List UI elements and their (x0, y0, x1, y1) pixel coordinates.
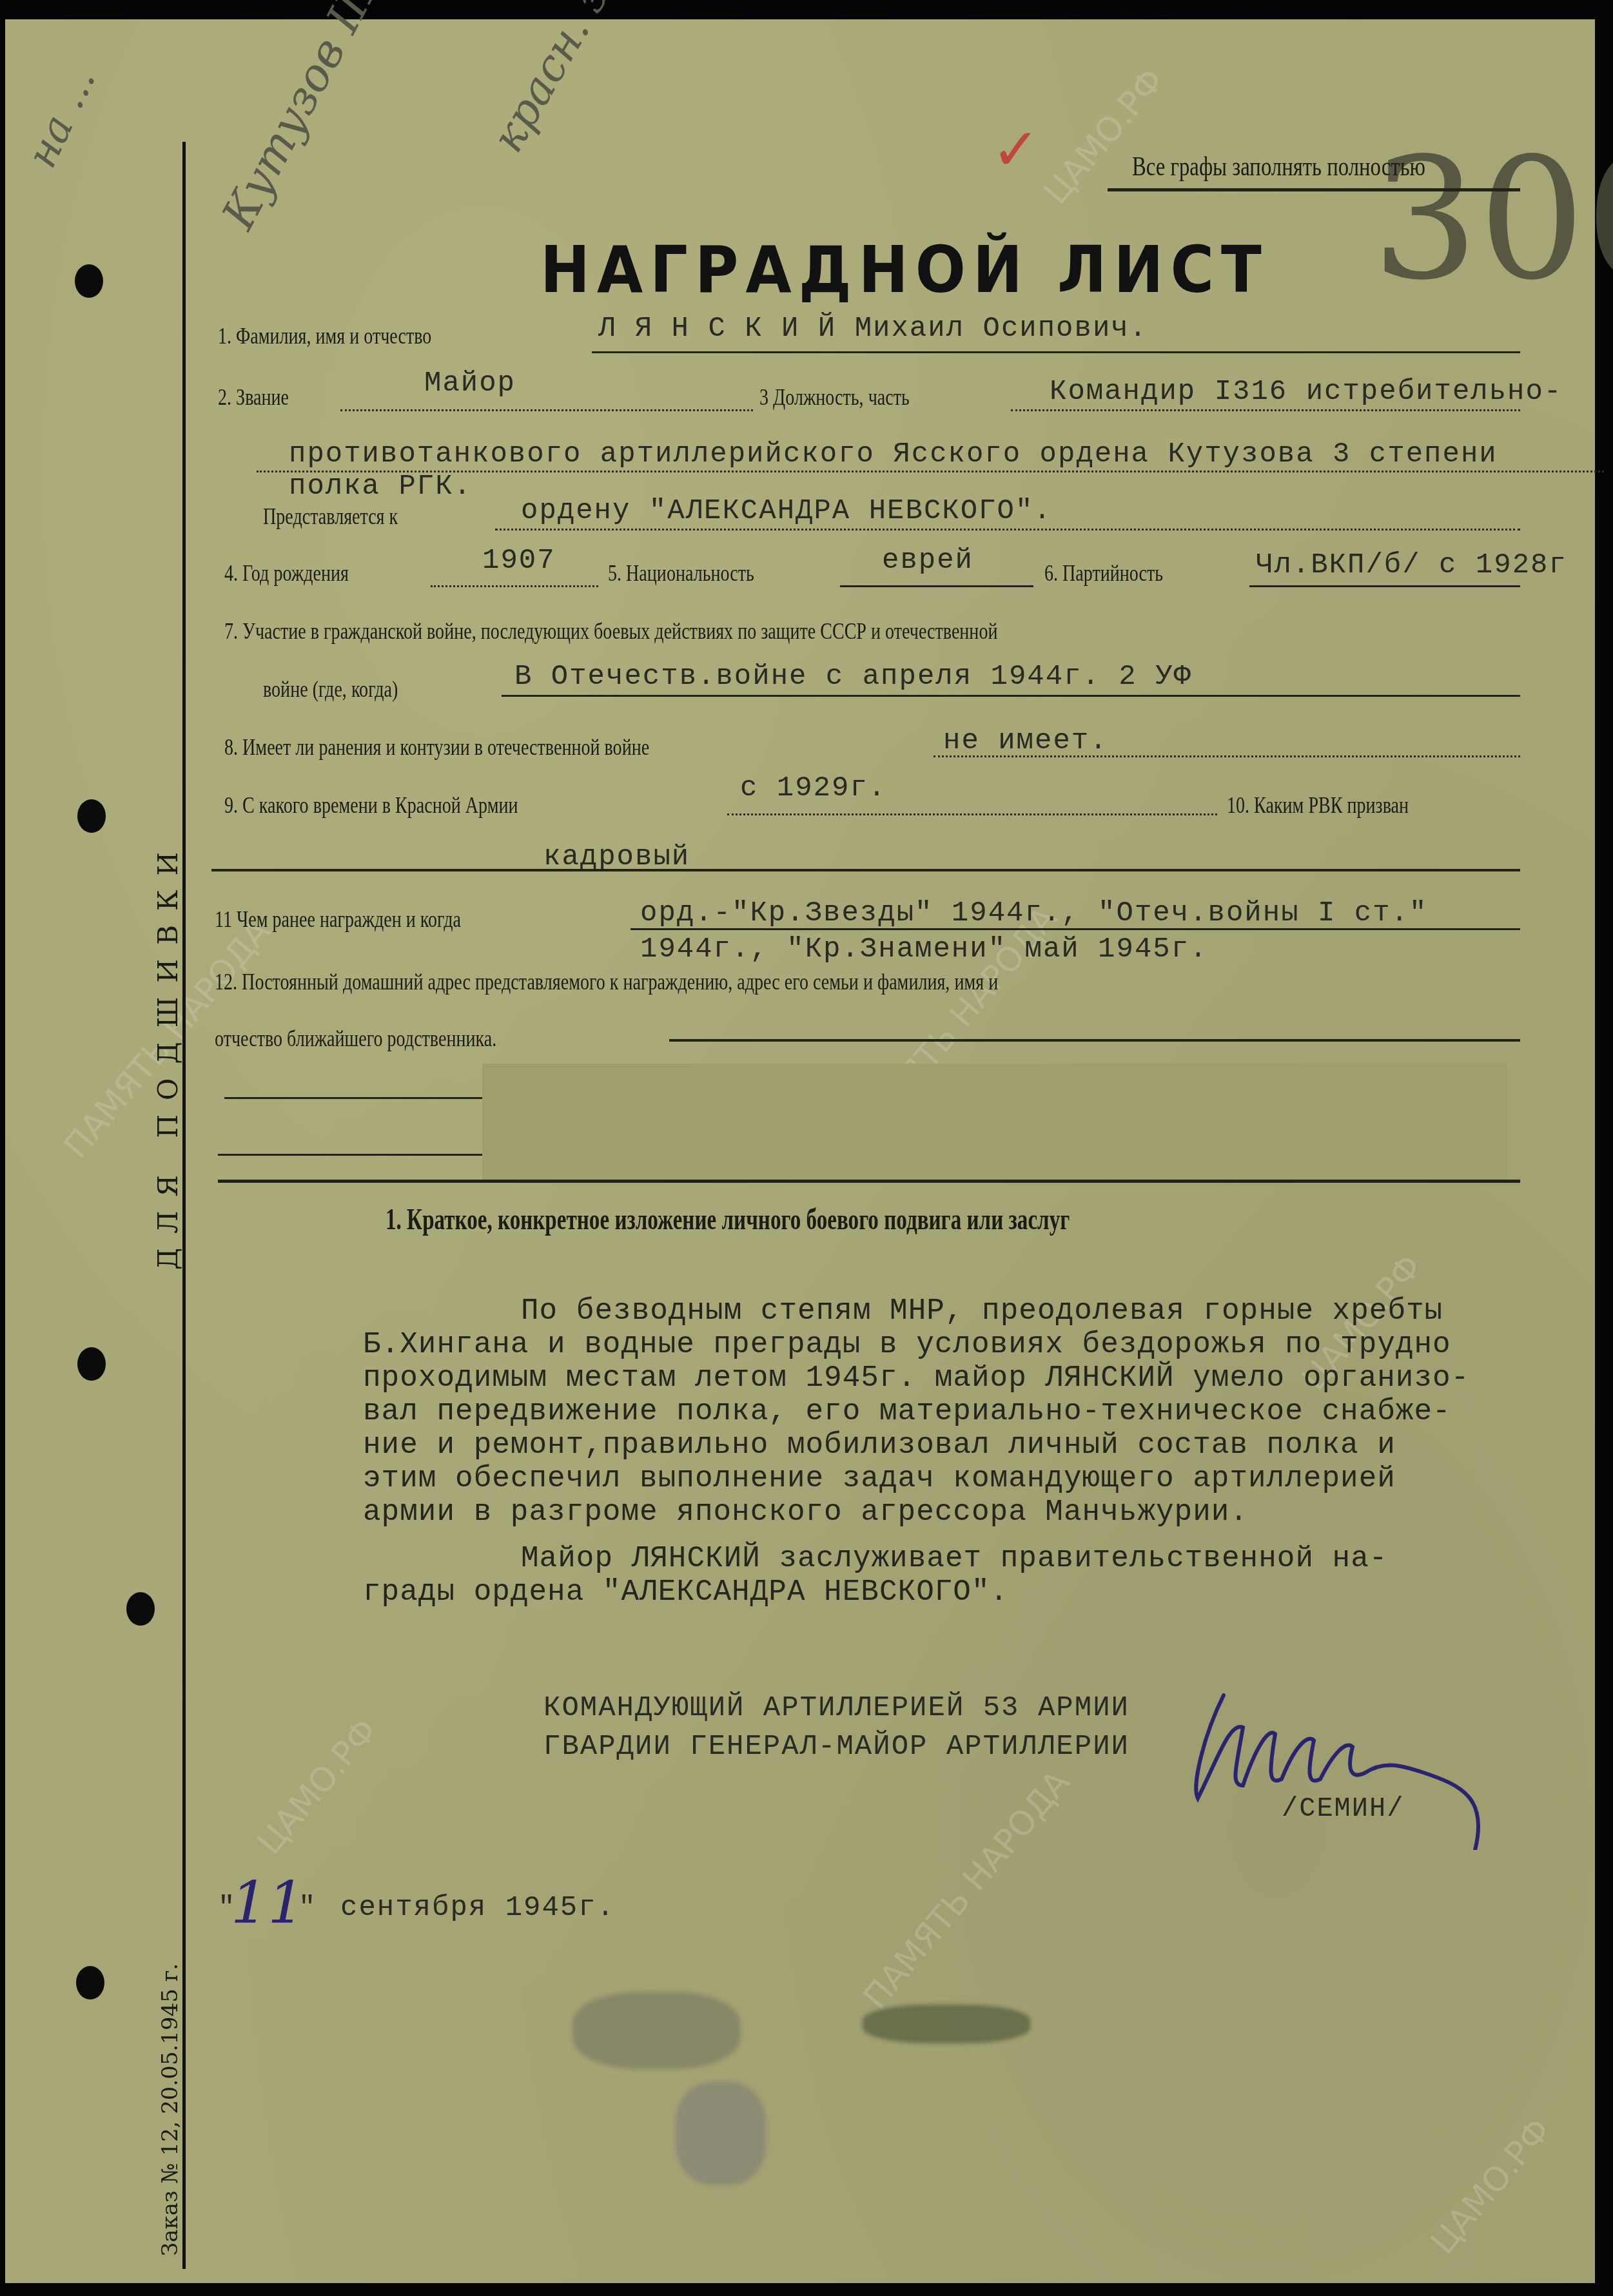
field-7-underline (502, 695, 1520, 697)
handwritten-note-center: Кутузов III ст. (211, 0, 433, 237)
recommendation-line: грады ордена "АЛЕКСАНДРА НЕВСКОГО". (363, 1575, 1008, 1609)
field-9-underline (727, 813, 1217, 815)
signatory-name: /СЕМИН/ (1282, 1793, 1404, 1824)
field-5-label: 5. Национальность (608, 559, 754, 587)
watermark: ЦАМО.РФ (1423, 2111, 1558, 2261)
field-8-label: 8. Имеет ли ранения и контузии в отечест… (224, 734, 649, 761)
field-9-value: с 1929г. (740, 772, 886, 804)
watermark: ПАМЯТЬ НАРОДА (856, 1763, 1077, 2016)
date-month-year: сентября 1945г. (340, 1892, 615, 1924)
field-12-label-line2: отчество ближайшего родственника. (215, 1025, 496, 1052)
recommendation-line: Майор ЛЯНСКИЙ заслуживает правительствен… (521, 1542, 1387, 1575)
field-6-underline (1249, 585, 1520, 587)
section-divider (218, 1180, 1520, 1183)
check-mark-icon: ✓ (992, 116, 1040, 184)
nominated-underline (495, 529, 1520, 530)
fill-instruction: Все графы заполнять полностью (1132, 151, 1425, 182)
field-10-underline (211, 869, 1520, 871)
field-1-underline (592, 351, 1520, 353)
field-2-label: 2. Звание (218, 384, 289, 411)
date-day: 11 (231, 1869, 305, 1937)
address-line-2 (218, 1154, 482, 1156)
award-sheet-page: ЦАМО.РФ ПАМЯТЬ НАРОДА ПАМЯТЬ НАРОДА ЦАМО… (5, 19, 1595, 2283)
field-7-label-line2: войне (где, когда) (263, 676, 398, 703)
field-12-label-line1: 12. Постоянный домашний адрес представля… (215, 968, 998, 995)
field-8-underline (934, 755, 1520, 757)
instruction-underline (1108, 188, 1520, 191)
narrative-line: проходимым местам летом 1945г. майор ЛЯН… (363, 1361, 1469, 1395)
redacted-address-block (482, 1064, 1507, 1183)
field-4-value: 1907 (482, 545, 556, 577)
field-2-value: Майор (424, 367, 516, 400)
field-3-value-line1: Командир I316 истребительно- (1050, 376, 1562, 408)
field-5-underline (840, 585, 1033, 587)
field-6-label: 6. Партийность (1044, 559, 1163, 587)
binding-margin-label: ДЛЯ ПОДШИВКИ (152, 838, 184, 1270)
nominated-value: ордену "АЛЕКСАНДРА НЕВСКОГО". (521, 495, 1052, 527)
field-12-underline (669, 1039, 1520, 1042)
narrative-line: вал передвижение полка, его материально-… (363, 1395, 1451, 1428)
narrative-line: По безводным степям МНР, преодолевая гор… (521, 1294, 1443, 1328)
punch-hole (75, 264, 103, 298)
punch-hole (126, 1592, 155, 1626)
narrative-line: этим обеспечил выполнение задач командую… (363, 1462, 1396, 1495)
field-3-value-line3: полка РГК. (289, 471, 472, 503)
address-line-1 (224, 1097, 482, 1099)
signatory-title-line2: ГВАРДИИ ГЕНЕРАЛ-МАЙОР АРТИЛЛЕРИИ (543, 1731, 1129, 1763)
faded-stamp (676, 2082, 766, 2185)
field-3-label: 3 Должность, часть (759, 384, 910, 411)
narrative-line: Б.Хингана и водные преграды в условиях б… (363, 1328, 1451, 1361)
punch-hole (76, 1966, 104, 1999)
field-7-label-line1: 7. Участие в гражданской войне, последую… (224, 618, 997, 645)
page-title: НАГРАДНОЙ ЛИСТ (540, 232, 1269, 307)
field-11-underline (631, 928, 1520, 930)
narrative-line: армии в разгроме японского агрессора Ман… (363, 1495, 1248, 1529)
field-9-label: 9. С какого времени в Красной Армии (224, 792, 518, 819)
field-10-label: 10. Каким РВК призван (1227, 792, 1409, 819)
section-1-heading: 1. Краткое, конкретное изложение личного… (386, 1202, 1070, 1236)
field-1-value: Л Я Н С К И Й Михаил Осипович. (598, 313, 1148, 345)
field-5-value: еврей (882, 545, 973, 577)
field-6-value: Чл.ВКП/б/ с 1928г (1256, 549, 1567, 581)
field-2-underline (340, 409, 753, 411)
punch-hole (77, 1347, 106, 1381)
signatory-title-line1: КОМАНДУЮЩИЙ АРТИЛЛЕРИЕЙ 53 АРМИИ (543, 1692, 1129, 1724)
field-3-underline (1011, 409, 1520, 411)
punch-hole (77, 799, 106, 833)
field-3-value-line2: противотанкового артиллерийского Ясского… (289, 438, 1498, 471)
date-close-quote: " (298, 1892, 317, 1924)
field-7-value: В Отечеств.войне с апреля 1944г. 2 УФ (514, 661, 1192, 693)
field-11-value-line1: орд.-"Кр.Звезды" 1944г., "Отеч.войны I с… (640, 897, 1427, 929)
handwritten-note-left: на ... (18, 60, 105, 175)
field-1-label: 1. Фамилия, имя и отчество (218, 322, 431, 349)
field-11-value-line2: 1944г., "Кр.Знамени" май 1945г. (640, 933, 1208, 966)
nominated-label: Представляется к (263, 503, 398, 530)
faded-stamp (572, 1992, 740, 2069)
field-11-label: 11 Чем ранее награжден и когда (215, 906, 461, 933)
narrative-line: ние и ремонт,правильно мобилизовал личны… (363, 1428, 1396, 1462)
watermark: ЦАМО.РФ (250, 1711, 385, 1862)
handwritten-note-right: красн. звезды (482, 0, 689, 161)
field-8-value: не имеет. (943, 725, 1108, 757)
signature-scribble-icon (1178, 1682, 1578, 1850)
print-order-label: Заказ № 12, 20.05.1945 г. (157, 1963, 183, 2256)
faded-stamp (863, 2005, 1030, 2043)
field-4-underline (431, 585, 598, 587)
field-4-label: 4. Год рождения (224, 559, 349, 587)
